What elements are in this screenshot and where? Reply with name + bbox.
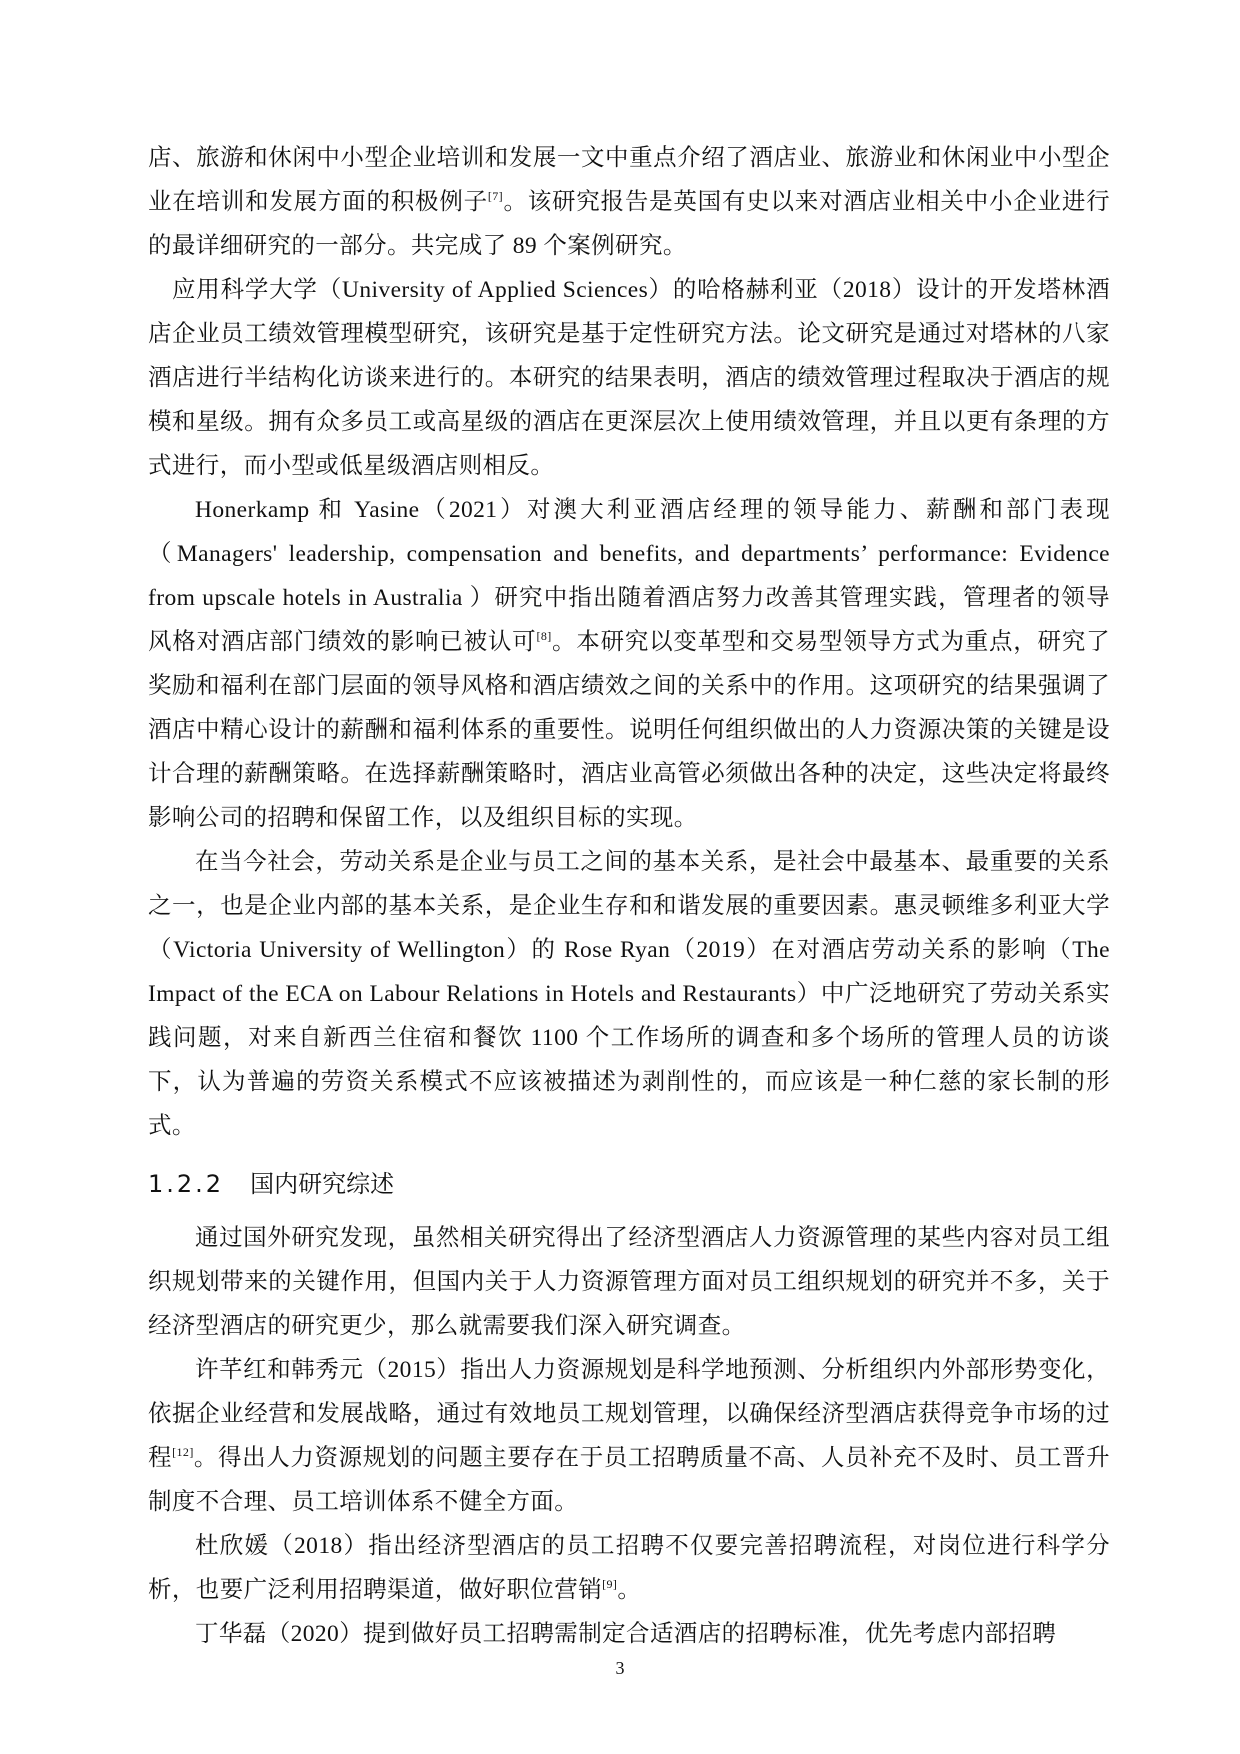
paragraph-text: 应用科学大学（University of Applied Sciences）的哈… [148, 277, 1110, 479]
section-title: 国内研究综述 [250, 1170, 394, 1198]
citation-7: [7] [488, 189, 503, 203]
section-heading: 1.2.2国内研究综述 [148, 1162, 1110, 1206]
paragraph-du-xinyuan: 杜欣媛（2018）指出经济型酒店的员工招聘不仅要完善招聘流程，对岗位进行科学分析… [148, 1524, 1110, 1612]
paragraph-honerkamp-yasine: Honerkamp 和 Yasine（2021）对澳大利亚酒店经理的领导能力、薪… [148, 488, 1110, 840]
paragraph-tallinn-study: 应用科学大学（University of Applied Sciences）的哈… [148, 268, 1110, 488]
paragraph-text: 。本研究以变革型和交易型领导方式为重点，研究了奖励和福利在部门层面的领导风格和酒… [148, 629, 1110, 831]
page-number: 3 [0, 1658, 1240, 1679]
document-page: 店、旅游和休闲中小型企业培训和发展一文中重点介绍了酒店业、旅游业和休闲业中小型企… [148, 136, 1110, 1656]
paragraph-uk-sme-training: 店、旅游和休闲中小型企业培训和发展一文中重点介绍了酒店业、旅游业和休闲业中小型企… [148, 136, 1110, 268]
citation-12: [12] [172, 1445, 194, 1459]
paragraph-text: 。得出人力资源规划的问题主要存在于员工招聘质量不高、人员补充不及时、员工晋升制度… [148, 1445, 1110, 1515]
paragraph-text: 丁华磊（2020）提到做好员工招聘需制定合适酒店的招聘标准，优先考虑内部招聘 [195, 1621, 1056, 1647]
citation-9: [9] [602, 1577, 617, 1591]
section-number: 1.2.2 [148, 1170, 224, 1198]
paragraph-text: 在当今社会，劳动关系是企业与员工之间的基本关系，是社会中最基本、最重要的关系之一… [148, 849, 1110, 1139]
paragraph-text: 通过国外研究发现，虽然相关研究得出了经济型酒店人力资源管理的某些内容对员工组织规… [148, 1225, 1110, 1339]
paragraph-domestic-overview: 通过国外研究发现，虽然相关研究得出了经济型酒店人力资源管理的某些内容对员工组织规… [148, 1216, 1110, 1348]
paragraph-xu-han: 许芊红和韩秀元（2015）指出人力资源规划是科学地预测、分析组织内外部形势变化，… [148, 1348, 1110, 1524]
paragraph-text: 。 [617, 1577, 641, 1603]
citation-8: [8] [536, 629, 551, 643]
paragraph-ding-hualei: 丁华磊（2020）提到做好员工招聘需制定合适酒店的招聘标准，优先考虑内部招聘 [148, 1612, 1110, 1656]
paragraph-labour-relations: 在当今社会，劳动关系是企业与员工之间的基本关系，是社会中最基本、最重要的关系之一… [148, 840, 1110, 1148]
